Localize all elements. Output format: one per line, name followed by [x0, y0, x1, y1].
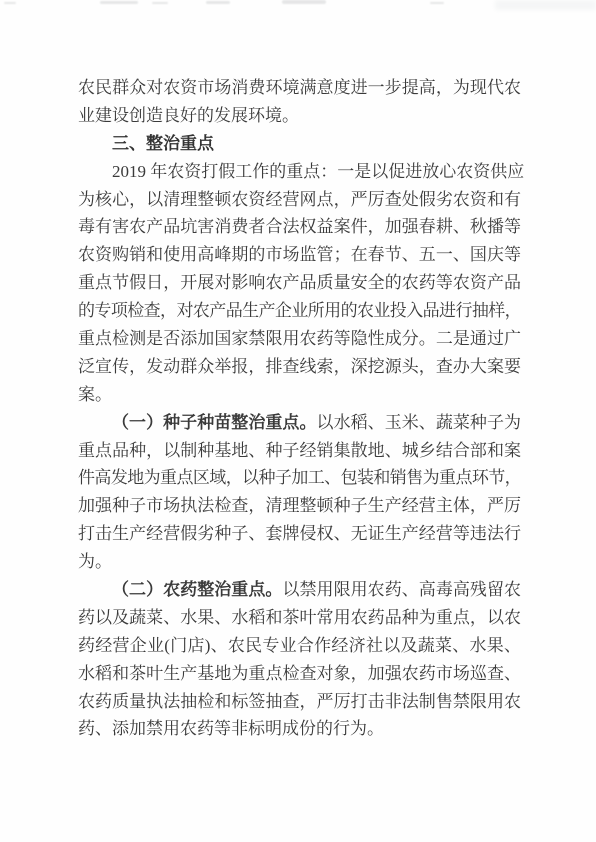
regular-text: 2019 年农资打假工作的重点：一是以促进放心农资供应: [112, 162, 524, 181]
regular-text: 重点节假日，开展对影响农产品质量安全的农药等农资产品: [78, 273, 521, 292]
regular-text: 水稻和茶叶生产基地为重点检查对象，加强农药市场巡查、: [78, 664, 521, 683]
regular-text: 打击生产经营假劣种子、套牌侵权、无证生产经营等违法行: [78, 524, 521, 543]
document-lines: 农民群众对农资市场消费环境满意度进一步提高，为现代农业建设创造良好的发展环境。三…: [78, 74, 521, 743]
text-line: 泛宣传，发动群众举报，排查线索，深挖源头，查办大案要: [78, 353, 521, 381]
text-line: （二）农药整治重点。以禁用限用农药、高毒高残留农: [78, 576, 521, 604]
text-line: 业建设创造良好的发展环境。: [78, 102, 521, 130]
bold-text: 三、整治重点: [112, 134, 214, 153]
regular-text: 案。: [78, 385, 112, 404]
scan-artifact: [206, 1, 230, 4]
regular-text: 的专项检查，对农产品生产企业所用的农业投入品进行抽样，: [78, 301, 521, 320]
regular-text: 以水稻、玉米、蔬菜种子为: [317, 413, 521, 432]
regular-text: 业建设创造良好的发展环境。: [78, 106, 299, 125]
text-line: 药以及蔬菜、水果、水稻和茶叶常用农药品种为重点，以农: [78, 604, 521, 632]
text-line: 农民群众对农资市场消费环境满意度进一步提高，为现代农: [78, 74, 521, 102]
regular-text: 件高发地为重点区域，以种子加工、包装和销售为重点环节，: [78, 468, 521, 487]
scan-artifact: [282, 0, 326, 4]
regular-text: 重点检测是否添加国家禁限用农药等隐性成分。二是通过广: [78, 329, 521, 348]
regular-text: 农资购销和使用高峰期的市场监管；在春节、五一、国庆等: [78, 245, 521, 264]
regular-text: 为。: [78, 552, 112, 571]
text-line: 的专项检查，对农产品生产企业所用的农业投入品进行抽样，: [78, 297, 521, 325]
text-line: 药经营企业(门店)、农民专业合作经济社以及蔬菜、水果、: [78, 632, 521, 660]
text-line: 水稻和茶叶生产基地为重点检查对象，加强农药市场巡查、: [78, 660, 521, 688]
text-line: 重点检测是否添加国家禁限用农药等隐性成分。二是通过广: [78, 325, 521, 353]
regular-text: 泛宣传，发动群众举报，排查线索，深挖源头，查办大案要: [78, 357, 521, 376]
regular-text: 为核心，以清理整顿农资经营网点，严厉查处假劣农资和有: [78, 190, 521, 209]
regular-text: 以禁用限用农药、高毒高残留农: [282, 580, 521, 599]
document-page: 农民群众对农资市场消费环境满意度进一步提高，为现代农业建设创造良好的发展环境。三…: [0, 0, 596, 842]
scan-artifact: [152, 2, 168, 4]
regular-text: 药经营企业(门店)、农民专业合作经济社以及蔬菜、水果、: [78, 636, 521, 655]
regular-text: 重点品种，以制种基地、种子经销集散地、城乡结合部和案: [78, 441, 521, 460]
text-line: 农资购销和使用高峰期的市场监管；在春节、五一、国庆等: [78, 241, 521, 269]
text-line: 重点节假日，开展对影响农产品质量安全的农药等农资产品: [78, 269, 521, 297]
text-line: 件高发地为重点区域，以种子加工、包装和销售为重点环节，: [78, 464, 521, 492]
regular-text: 毒有害农产品坑害消费者合法权益案件，加强春耕、秋播等: [78, 217, 521, 236]
bold-text: （一）种子种苗整治重点。: [112, 413, 317, 432]
bold-text: （二）农药整治重点。: [112, 580, 282, 599]
text-line: 药、添加禁用农药等非标明成份的行为。: [78, 715, 521, 743]
section-heading: 三、整治重点: [78, 130, 521, 158]
text-line: 2019 年农资打假工作的重点：一是以促进放心农资供应: [78, 158, 521, 186]
text-line: 农药质量执法抽检和标签抽查，严厉打击非法制售禁限用农: [78, 688, 521, 716]
text-line: 案。: [78, 381, 521, 409]
scan-artifact: [100, 1, 138, 4]
text-line: 为核心，以清理整顿农资经营网点，严厉查处假劣农资和有: [78, 186, 521, 214]
text-line: 为。: [78, 548, 521, 576]
scan-artifact: [430, 2, 444, 4]
text-line: 加强种子市场执法检查，清理整顿种子生产经营主体，严厉: [78, 492, 521, 520]
scan-artifact: [4, 2, 16, 4]
regular-text: 农药质量执法抽检和标签抽查，严厉打击非法制售禁限用农: [78, 692, 521, 711]
regular-text: 药以及蔬菜、水果、水稻和茶叶常用农药品种为重点，以农: [78, 608, 521, 627]
text-line: 打击生产经营假劣种子、套牌侵权、无证生产经营等违法行: [78, 520, 521, 548]
text-line: 重点品种，以制种基地、种子经销集散地、城乡结合部和案: [78, 437, 521, 465]
regular-text: 农民群众对农资市场消费环境满意度进一步提高，为现代农: [78, 78, 521, 97]
scan-artifact: [495, 0, 596, 10]
regular-text: 药、添加禁用农药等非标明成份的行为。: [78, 719, 384, 738]
text-line: 毒有害农产品坑害消费者合法权益案件，加强春耕、秋播等: [78, 213, 521, 241]
regular-text: 加强种子市场执法检查，清理整顿种子生产经营主体，严厉: [78, 496, 521, 515]
text-line: （一）种子种苗整治重点。以水稻、玉米、蔬菜种子为: [78, 409, 521, 437]
